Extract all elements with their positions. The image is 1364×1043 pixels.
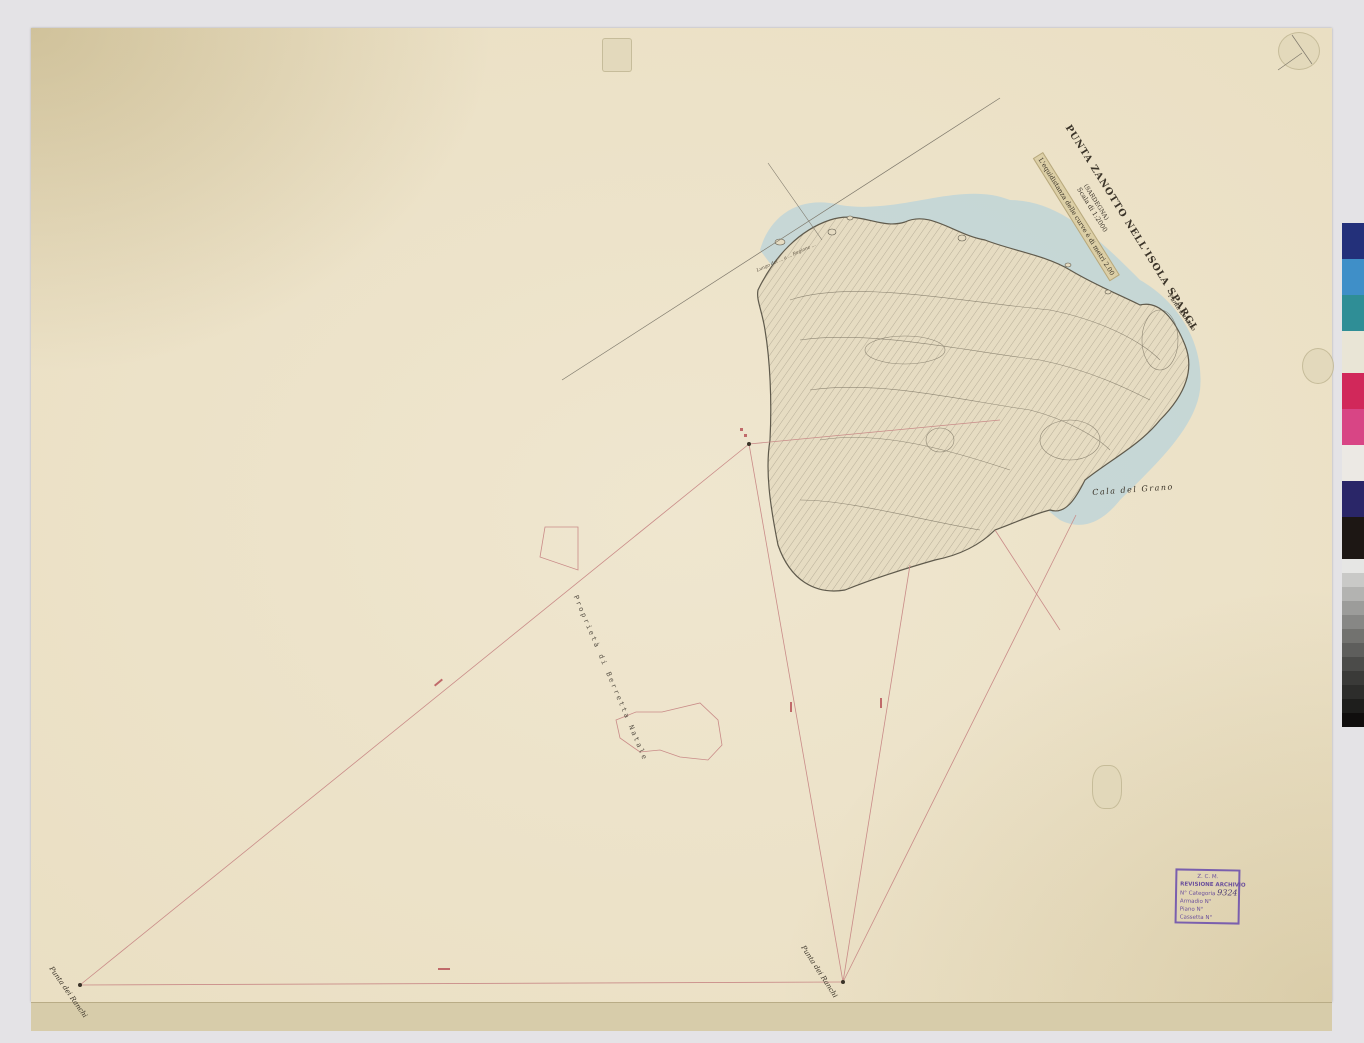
color-swatch: [1342, 445, 1364, 481]
color-swatch: [1342, 409, 1364, 445]
map-drawing: [0, 0, 1364, 1043]
color-swatch: [1342, 671, 1364, 685]
survey-station: [78, 983, 82, 987]
color-swatch: [1342, 295, 1364, 331]
color-calibration-strip: [1342, 223, 1364, 823]
color-swatch: [1342, 259, 1364, 295]
color-swatch: [1342, 517, 1364, 559]
color-swatch: [1342, 657, 1364, 671]
color-swatch: [1342, 713, 1364, 727]
stamp-label: Cassetta N°: [1180, 914, 1235, 923]
color-swatch: [1342, 331, 1364, 373]
color-swatch: [1342, 481, 1364, 517]
archive-stamp: Z. C. M. REVISIONE ARCHIVIO N° Categoria…: [1175, 868, 1241, 924]
color-swatch: [1342, 615, 1364, 629]
color-swatch: [1342, 699, 1364, 713]
color-swatch: [1342, 573, 1364, 587]
stamp-label: N° Categoria: [1180, 891, 1215, 898]
color-swatch: [1342, 559, 1364, 573]
color-swatch: [1342, 601, 1364, 615]
color-swatch: [1342, 587, 1364, 601]
color-swatch: [1342, 643, 1364, 657]
survey-station: [841, 980, 845, 984]
color-swatch: [1342, 685, 1364, 699]
color-swatch: [1342, 373, 1364, 409]
color-swatch: [1342, 629, 1364, 643]
color-swatch: [1342, 223, 1364, 259]
stamp-value: 9324: [1217, 888, 1238, 897]
survey-station: [747, 442, 751, 446]
